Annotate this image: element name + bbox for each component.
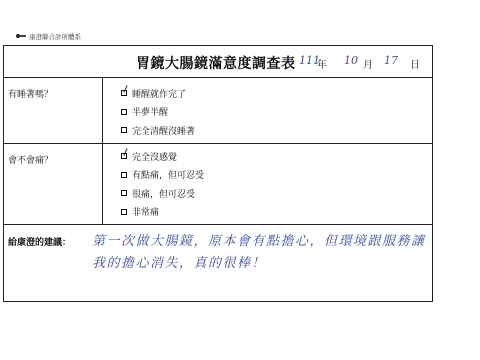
survey-form: 胃鏡大腸鏡滿意度調查表 111 年 10 月 17 日 有睡著嗎？ 睡醒就作完了… bbox=[3, 45, 433, 302]
comment-label: 給康澄的建議： bbox=[8, 235, 71, 248]
question-label: 有睡著嗎？ bbox=[8, 87, 53, 100]
checkbox-icon[interactable] bbox=[121, 209, 127, 215]
day-value[interactable]: 17 bbox=[384, 54, 398, 67]
checkbox-checked-icon[interactable] bbox=[121, 153, 127, 159]
options-list: 睡醒就作完了 半夢半醒 完全清醒沒睡著 bbox=[121, 84, 195, 140]
checkbox-icon[interactable] bbox=[121, 127, 127, 133]
option-item[interactable]: 有點痛，但可忍受 bbox=[121, 166, 204, 185]
comment-handwriting[interactable]: 第一次做大腸鏡，原本會有點擔心，但環境跟服務讓我的擔心消失，真的很棒！ bbox=[92, 231, 427, 275]
brand-name: 康澄聯合診所體系 bbox=[29, 32, 81, 41]
option-item[interactable]: 完全清醒沒睡著 bbox=[121, 121, 195, 140]
option-label: 有點痛，但可忍受 bbox=[132, 168, 204, 181]
checkbox-icon[interactable] bbox=[121, 109, 127, 115]
option-item[interactable]: 半夢半醒 bbox=[121, 103, 195, 122]
option-item[interactable]: 完全沒感覺 bbox=[121, 147, 204, 166]
option-label: 半夢半醒 bbox=[132, 105, 168, 118]
option-item[interactable]: 非常痛 bbox=[121, 203, 204, 222]
form-title: 胃鏡大腸鏡滿意度調查表 bbox=[136, 53, 296, 73]
checkbox-icon[interactable] bbox=[121, 190, 127, 196]
column-divider bbox=[102, 144, 103, 224]
checkbox-icon[interactable] bbox=[121, 172, 127, 178]
option-label: 很痛，但可忍受 bbox=[132, 187, 195, 200]
option-label: 完全沒感覺 bbox=[132, 150, 177, 163]
options-list: 完全沒感覺 有點痛，但可忍受 很痛，但可忍受 非常痛 bbox=[121, 147, 204, 221]
checkbox-checked-icon[interactable] bbox=[121, 90, 127, 96]
question-label: 會不會痛？ bbox=[8, 153, 53, 166]
month-value[interactable]: 10 bbox=[344, 54, 358, 67]
comment-row: 給康澄的建議： 第一次做大腸鏡，原本會有點擔心，但環境跟服務讓我的擔心消失，真的… bbox=[4, 225, 432, 301]
clinic-brand: 康澄聯合診所體系 bbox=[16, 30, 81, 42]
option-label: 非常痛 bbox=[132, 205, 159, 218]
day-label: 日 bbox=[410, 56, 420, 71]
column-divider bbox=[102, 78, 103, 143]
option-item[interactable]: 很痛，但可忍受 bbox=[121, 184, 204, 203]
clinic-logo-icon bbox=[16, 34, 26, 38]
title-row: 胃鏡大腸鏡滿意度調查表 111 年 10 月 17 日 bbox=[4, 46, 432, 78]
option-label: 完全清醒沒睡著 bbox=[132, 124, 195, 137]
month-label: 月 bbox=[363, 56, 373, 71]
question-pain: 會不會痛？ 完全沒感覺 有點痛，但可忍受 很痛，但可忍受 非常痛 bbox=[4, 144, 432, 225]
year-label: 年 bbox=[317, 56, 327, 71]
option-item[interactable]: 睡醒就作完了 bbox=[121, 84, 195, 103]
question-sleep: 有睡著嗎？ 睡醒就作完了 半夢半醒 完全清醒沒睡著 bbox=[4, 78, 432, 144]
option-label: 睡醒就作完了 bbox=[132, 87, 186, 100]
